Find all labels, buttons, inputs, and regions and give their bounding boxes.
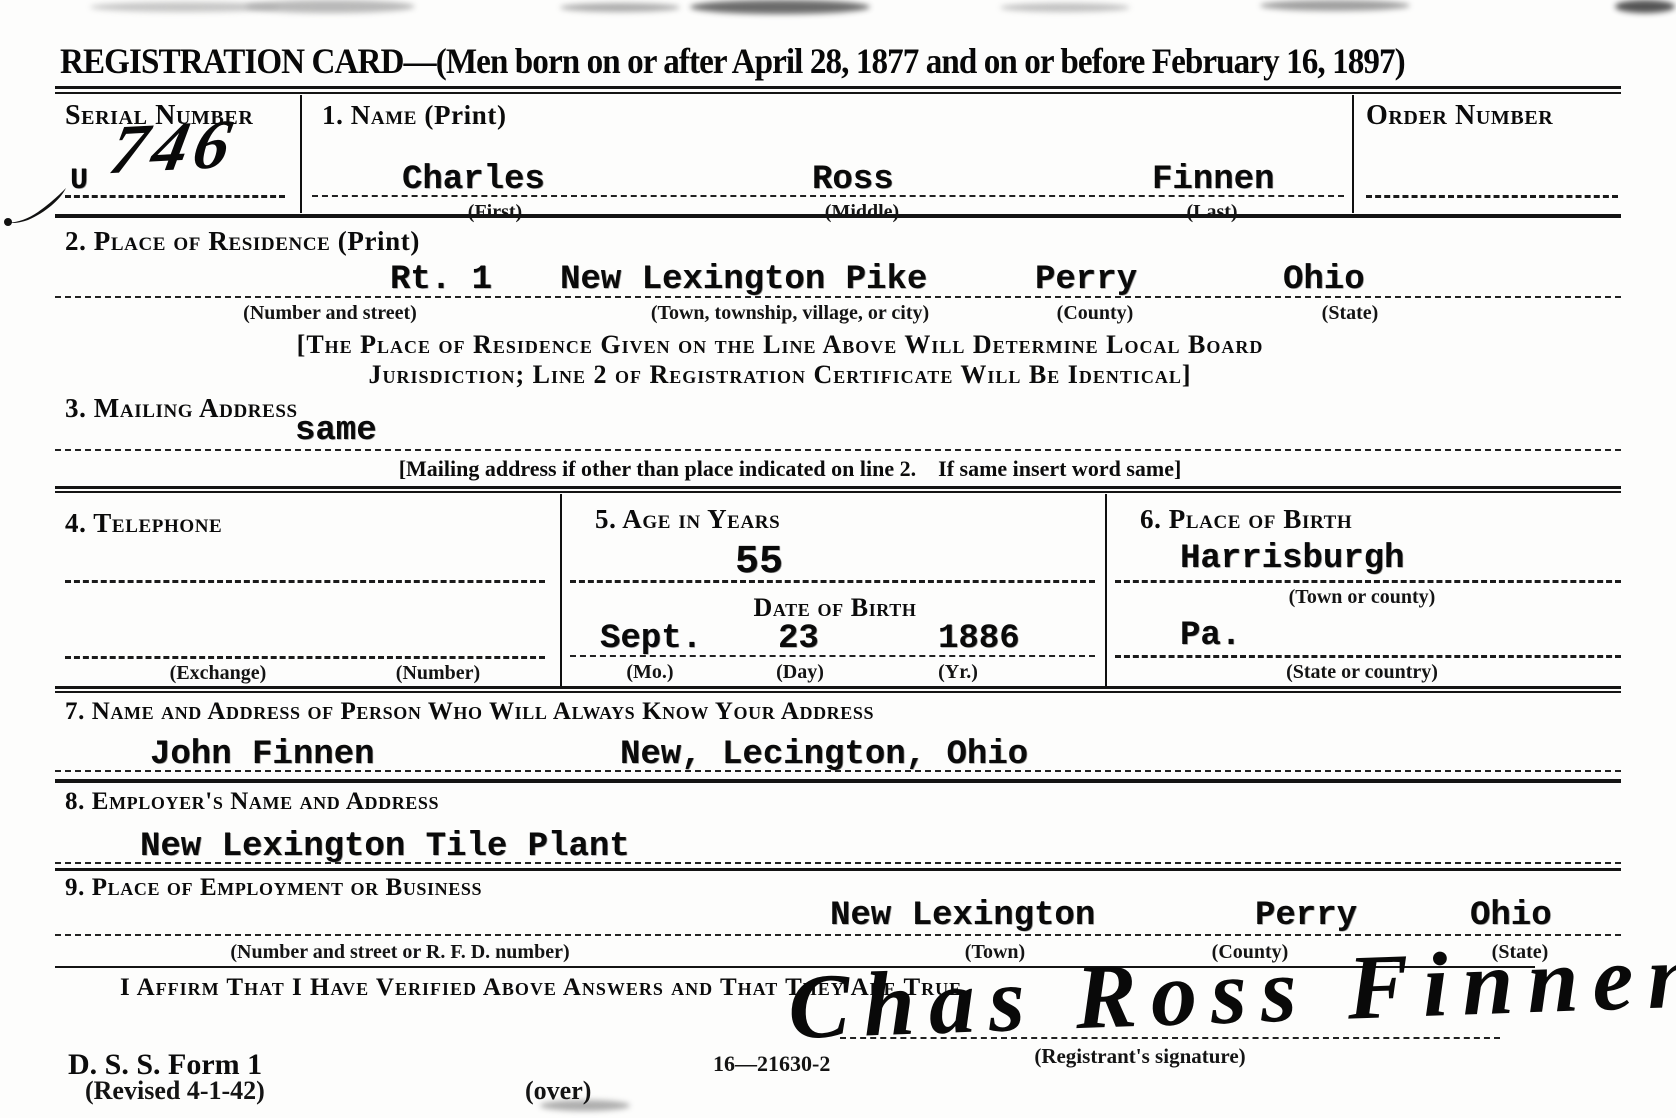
last-name-value: Finnen xyxy=(1152,161,1274,199)
telephone-number-line xyxy=(65,656,545,659)
fill-line xyxy=(1115,580,1621,583)
divider xyxy=(1105,494,1107,686)
employment-county-value: Perry xyxy=(1255,897,1357,935)
registrant-signature: Chas Ross Finnen xyxy=(786,922,1676,1060)
fill-line xyxy=(55,770,1621,772)
contact-address-value: New, Lecington, Ohio xyxy=(620,736,1028,774)
mailing-value: same xyxy=(295,412,377,450)
telephone-exchange-caption: (Exchange) xyxy=(170,662,267,685)
residence-town-caption: (Town, township, village, or city) xyxy=(651,302,929,325)
scan-smudge xyxy=(1000,3,1130,12)
rule xyxy=(55,686,1621,689)
dob-month-value: Sept. xyxy=(600,620,702,658)
rule xyxy=(55,486,1621,489)
fill-line xyxy=(312,195,1344,197)
divider xyxy=(300,95,302,213)
mailing-label: 3. Mailing Address xyxy=(65,393,298,424)
contact-label: 7. Name and Address of Person Who Will A… xyxy=(65,698,874,726)
middle-name-value: Ross xyxy=(812,161,894,199)
scan-smudge xyxy=(1615,0,1675,13)
telephone-label: 4. Telephone xyxy=(65,508,222,539)
birthplace-label: 6. Place of Birth xyxy=(1140,504,1352,535)
employment-street-caption: (Number and street or R. F. D. number) xyxy=(230,941,569,964)
name-label-paren: (Print) xyxy=(424,100,506,130)
birthplace-state-value: Pa. xyxy=(1180,617,1241,655)
fill-line xyxy=(55,862,1621,864)
print-code: 16—21630-2 xyxy=(713,1051,830,1077)
rule xyxy=(55,868,1621,871)
form-revision: (Revised 4-1-42) xyxy=(85,1076,265,1106)
rule xyxy=(55,691,1621,693)
employer-label: 8. Employer's Name and Address xyxy=(65,788,439,816)
residence-county-caption: (County) xyxy=(1057,302,1134,325)
scan-smudge xyxy=(560,3,680,12)
divider xyxy=(560,494,562,686)
fill-line xyxy=(65,195,285,198)
employment-town-value: New Lexington xyxy=(830,897,1095,935)
scan-smudge xyxy=(245,0,415,13)
rule xyxy=(55,779,1621,783)
telephone-number-caption: (Number) xyxy=(396,662,480,685)
employment-label: 9. Place of Employment or Business xyxy=(65,874,482,902)
registration-card: REGISTRATION CARD—(Men born on or after … xyxy=(0,0,1676,1118)
rule xyxy=(55,491,1621,493)
scan-smudge xyxy=(1260,0,1410,11)
telephone-exchange-line xyxy=(65,580,545,583)
name-field-label: 1. Name (Print) xyxy=(322,100,507,131)
residence-county-value: Perry xyxy=(1035,261,1137,299)
dob-day-caption: (Day) xyxy=(776,661,824,684)
first-name-value: Charles xyxy=(402,161,545,199)
last-name-caption: (Last) xyxy=(1186,201,1237,224)
signature-line xyxy=(840,1037,1500,1039)
middle-name-caption: (Middle) xyxy=(825,201,899,224)
serial-number-value: 746 xyxy=(103,105,243,191)
residence-label-paren: (Print) xyxy=(338,226,420,256)
rule xyxy=(55,92,1621,94)
order-number-line xyxy=(1366,195,1618,198)
residence-state-value: Ohio xyxy=(1283,261,1365,299)
rule xyxy=(55,86,1621,89)
jurisdiction-note-line2: Jurisdiction; Line 2 of Registration Cer… xyxy=(368,360,1191,390)
fill-line xyxy=(570,580,1095,583)
birthplace-town-caption: (Town or county) xyxy=(1289,586,1436,609)
residence-state-caption: (State) xyxy=(1322,302,1379,325)
age-value: 55 xyxy=(735,540,783,585)
divider xyxy=(1352,95,1354,213)
employer-value: New Lexington Tile Plant xyxy=(140,828,630,866)
scan-smudge xyxy=(690,0,870,14)
dob-month-caption: (Mo.) xyxy=(626,661,673,684)
birthplace-state-caption: (State or country) xyxy=(1286,661,1438,684)
name-label-caps: 1. Name xyxy=(322,100,417,130)
dob-year-value: 1886 xyxy=(938,620,1020,658)
dob-label: Date of Birth xyxy=(754,593,917,623)
fill-line xyxy=(1115,655,1621,658)
residence-town-value: New Lexington Pike xyxy=(560,261,927,299)
fill-line xyxy=(55,296,1621,298)
over-caption: (over) xyxy=(525,1076,591,1106)
form-title: REGISTRATION CARD—(Men born on or after … xyxy=(60,40,1405,82)
residence-label-caps: 2. Place of Residence xyxy=(65,226,330,256)
signature-caption: (Registrant's signature) xyxy=(1034,1044,1245,1069)
order-number-label: Order Number xyxy=(1366,100,1553,132)
first-name-caption: (First) xyxy=(468,201,522,224)
fill-line xyxy=(55,449,1621,451)
dob-day-value: 23 xyxy=(778,620,819,658)
contact-name-value: John Finnen xyxy=(150,736,374,774)
rule xyxy=(55,214,1621,218)
dob-year-caption: (Yr.) xyxy=(938,661,978,684)
jurisdiction-note-line1: [The Place of Residence Given on the Lin… xyxy=(297,330,1264,360)
residence-street-caption: (Number and street) xyxy=(243,302,417,325)
fill-line xyxy=(570,655,1095,657)
residence-label: 2. Place of Residence (Print) xyxy=(65,226,420,257)
mailing-note: [Mailing address if other than place ind… xyxy=(399,456,1182,482)
age-label: 5. Age in Years xyxy=(595,504,780,535)
birthplace-town-value: Harrisburgh xyxy=(1180,540,1404,578)
serial-prefix: U xyxy=(70,164,88,198)
residence-street-value: Rt. 1 xyxy=(390,261,492,299)
